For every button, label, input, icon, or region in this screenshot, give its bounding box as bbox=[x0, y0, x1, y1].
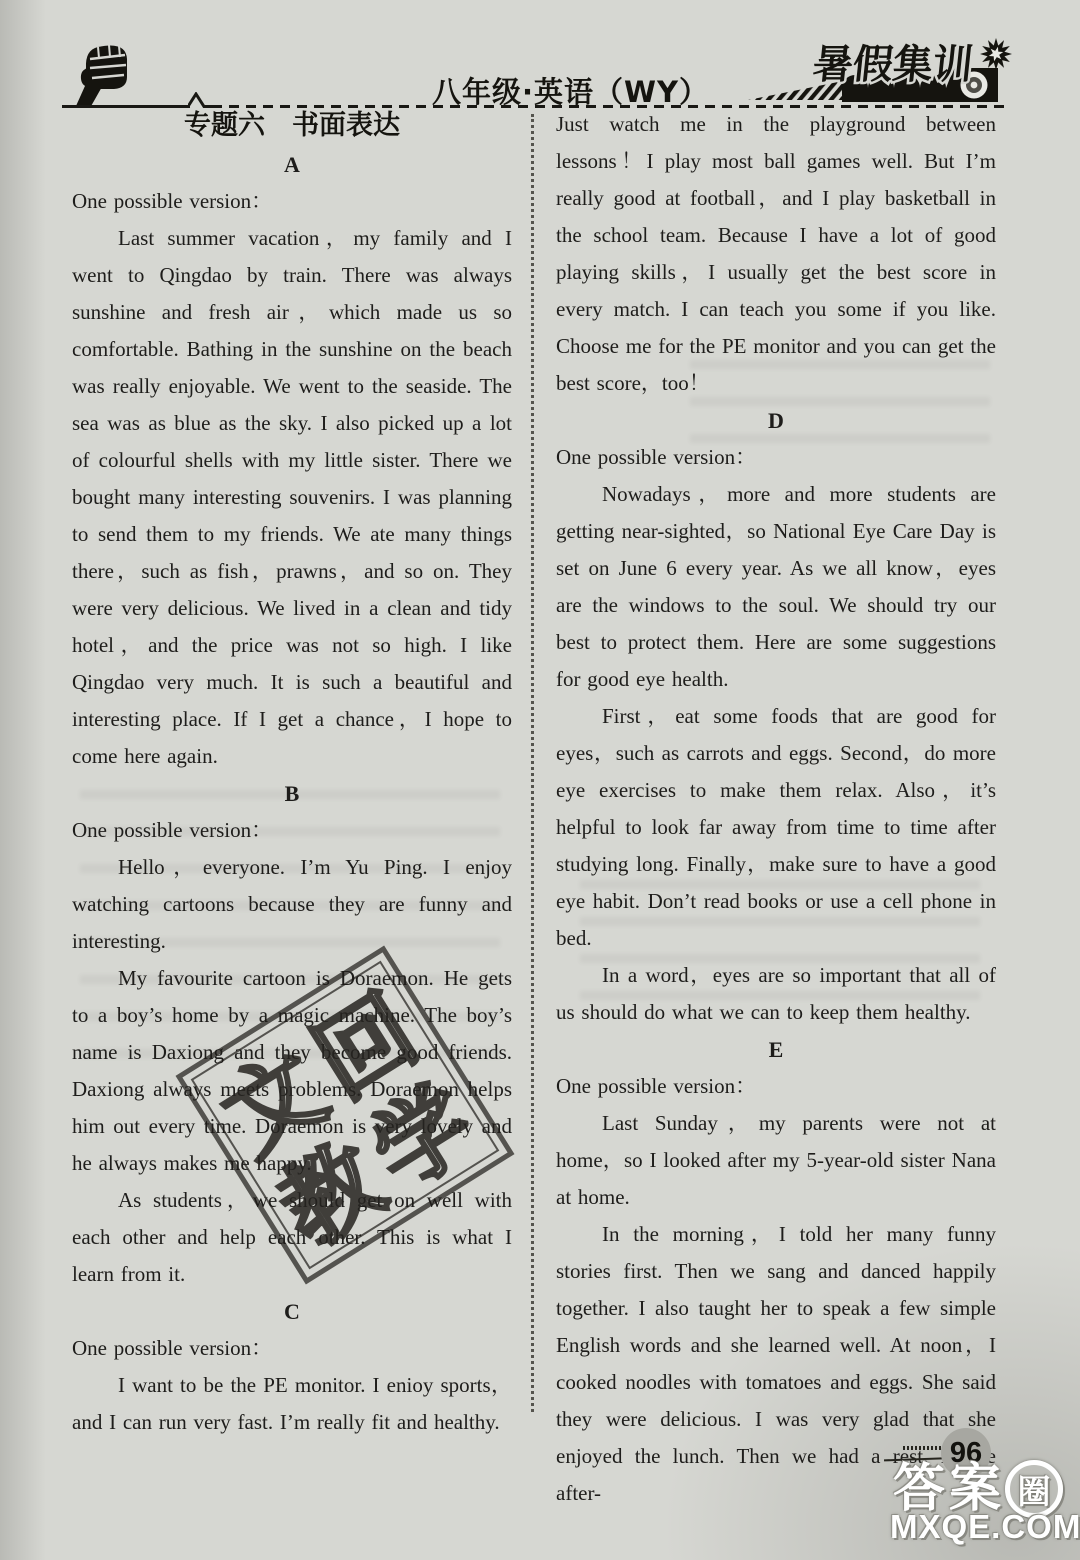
left-column: 专题六 书面表达AOne possible version：Last summe… bbox=[72, 106, 512, 1441]
paragraph: Last Sunday，my parents were not at home，… bbox=[556, 1105, 996, 1216]
intro-line: One possible version： bbox=[72, 183, 512, 220]
section-letter: D bbox=[556, 402, 996, 439]
right-column: Just watch me in the playground between … bbox=[556, 106, 996, 1512]
paragraph: As students，we should get on well with e… bbox=[72, 1182, 512, 1293]
section-letter: B bbox=[72, 775, 512, 812]
paragraph-continued: Just watch me in the playground between … bbox=[556, 106, 996, 402]
intro-line: One possible version： bbox=[556, 1068, 996, 1105]
page-title: 八年级·英语（WY） bbox=[432, 70, 709, 111]
section-letter: E bbox=[556, 1031, 996, 1068]
paragraph: My favourite cartoon is Doraemon. He get… bbox=[72, 960, 512, 1182]
paragraph: First，eat some foods that are good for e… bbox=[556, 698, 996, 957]
brand-title: 暑假集训 bbox=[811, 42, 976, 88]
intro-line: One possible version： bbox=[556, 439, 996, 476]
paragraph: Hello，everyone. I’m Yu Ping. I enjoy wat… bbox=[72, 849, 512, 960]
scan-shadow-left bbox=[0, 0, 46, 1560]
paragraph: Last summer vacation，my family and I wen… bbox=[72, 220, 512, 775]
paragraph: In a word，eyes are so important that all… bbox=[556, 957, 996, 1031]
section-title: 专题六 书面表达 bbox=[72, 106, 512, 146]
fist-icon bbox=[68, 38, 130, 110]
paragraph: I want to be the PE monitor. I enioy spo… bbox=[72, 1367, 512, 1441]
section-letter: A bbox=[72, 146, 512, 183]
scanned-workbook-page: { "header": { "course_title": "八年级·英语（WY… bbox=[0, 0, 1080, 1560]
column-divider bbox=[531, 114, 534, 1412]
section-letter: C bbox=[72, 1293, 512, 1330]
intro-line: One possible version： bbox=[72, 1330, 512, 1367]
intro-line: One possible version： bbox=[72, 812, 512, 849]
paragraph: Nowadays，more and more students are gett… bbox=[556, 476, 996, 698]
starburst-icon bbox=[980, 38, 1012, 70]
site-url-watermark: MXQE.COM bbox=[890, 1508, 1080, 1546]
